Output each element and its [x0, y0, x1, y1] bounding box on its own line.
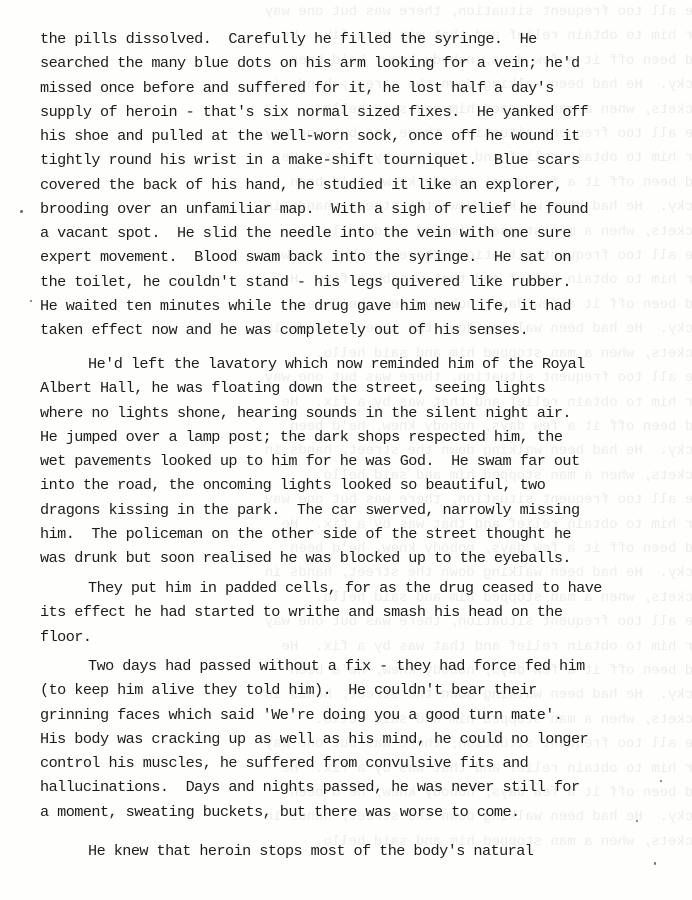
text-line: He'd left the lavatory which now reminde…	[88, 355, 585, 373]
text-line: the pills dissolved. Carefully he filled…	[40, 30, 537, 48]
text-line: its effect he had started to writhe and …	[40, 603, 562, 621]
scan-speck	[654, 862, 656, 865]
scan-speck	[636, 820, 638, 822]
text-line: control his muscles, he suffered from co…	[40, 754, 528, 772]
text-line: searched the many blue dots on his arm l…	[40, 54, 580, 72]
text-line: where no lights shone, hearing sounds in…	[40, 404, 571, 422]
text-line: his shoe and pulled at the well-worn soc…	[40, 127, 580, 145]
text-line: a vacant spot. He slid the needle into t…	[40, 224, 571, 242]
text-line: He knew that heroin stops most of the bo…	[88, 842, 533, 860]
scan-speck	[660, 780, 662, 782]
text-line: Albert Hall, he was floating down the st…	[40, 379, 545, 397]
text-line: His body was cracking up as well as his …	[40, 730, 588, 748]
text-line: a moment, sweating buckets, but there wa…	[40, 803, 520, 821]
text-line: the toilet, he couldn't stand - his legs…	[40, 273, 571, 291]
text-line: missed once before and suffered for it, …	[40, 79, 554, 97]
scan-speck	[20, 210, 23, 213]
text-line: He jumped over a lamp post; the dark sho…	[40, 428, 562, 446]
text-line: He waited ten minutes while the drug gav…	[40, 297, 571, 315]
text-line: floor.	[40, 628, 91, 646]
text-line: tightly round his wrist in a make-shift …	[40, 151, 580, 169]
scanned-page: the all too frequent situation, there wa…	[0, 0, 692, 900]
text-line: expert movement. Blood swam back into th…	[40, 248, 571, 266]
text-line: wet pavements looked up to him for he wa…	[40, 452, 580, 470]
text-line: brooding over an unfamiliar map. With a …	[40, 200, 588, 218]
text-line: was drunk but soon realised he was block…	[40, 549, 571, 567]
text-line: Two days had passed without a fix - they…	[88, 657, 585, 675]
text-line: hallucinations. Days and nights passed, …	[40, 778, 580, 796]
text-line: supply of heroin - that's six normal siz…	[40, 103, 588, 121]
text-line: They put him in padded cells, for as the…	[88, 579, 602, 597]
text-line: him. The policeman on the other side of …	[40, 525, 571, 543]
text-line: dragons kissing in the park. The car swe…	[40, 501, 580, 519]
text-line: into the road, the oncoming lights looke…	[40, 476, 545, 494]
text-line: (to keep him alive they told him). He co…	[40, 681, 537, 699]
text-line: covered the back of his hand, he studied…	[40, 176, 562, 194]
text-line: grinning faces which said 'We're doing y…	[40, 706, 562, 724]
text-line: taken effect now and he was completely o…	[40, 321, 528, 339]
scan-speck	[30, 300, 32, 302]
